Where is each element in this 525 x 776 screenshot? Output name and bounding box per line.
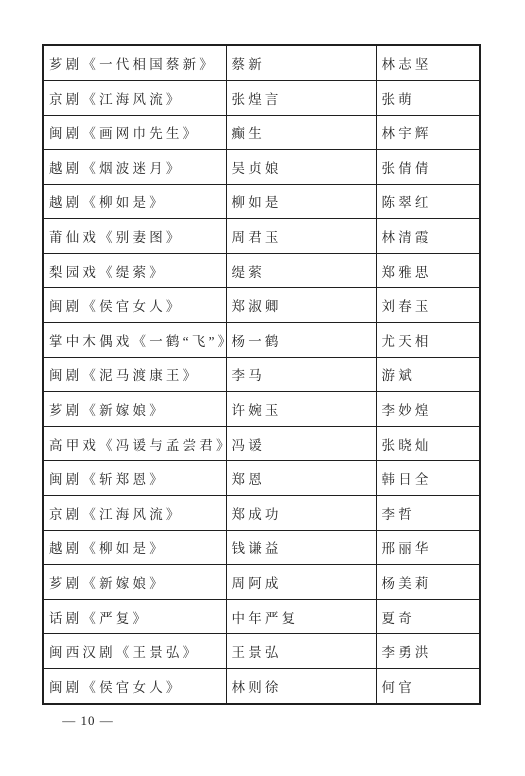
actor-cell: 游斌 [376, 357, 480, 392]
play-cell: 芗剧《新嫁娘》 [43, 565, 226, 600]
play-cell: 话剧《严复》 [43, 599, 226, 634]
table-row: 梨园戏《缇萦》缇萦郑雅思 [43, 253, 480, 288]
document-page: 芗剧《一代相国蔡新》蔡新林志坚京剧《江海风流》张煌言张萌闽剧《画网巾先生》癫生林… [0, 0, 525, 776]
play-cell: 高甲戏《冯谖与孟尝君》 [43, 426, 226, 461]
table-row: 话剧《严复》中年严复夏奇 [43, 599, 480, 634]
actor-cell: 李妙煌 [376, 392, 480, 427]
table-row: 闽剧《侯官女人》郑淑卿刘春玉 [43, 288, 480, 323]
play-cell: 闽剧《泥马渡康王》 [43, 357, 226, 392]
actor-cell: 尤天相 [376, 323, 480, 358]
actor-cell: 陈翠红 [376, 184, 480, 219]
play-cell: 掌中木偶戏《一鹤“飞”》 [43, 323, 226, 358]
actor-cell: 韩日全 [376, 461, 480, 496]
cast-table-body: 芗剧《一代相国蔡新》蔡新林志坚京剧《江海风流》张煌言张萌闽剧《画网巾先生》癫生林… [43, 45, 480, 704]
table-row: 闽西汉剧《王景弘》王景弘李勇洪 [43, 634, 480, 669]
page-number: — 10 — [56, 713, 120, 729]
play-cell: 闽剧《侯官女人》 [43, 669, 226, 705]
role-cell: 周君玉 [226, 219, 376, 254]
table-row: 越剧《柳如是》钱谦益邢丽华 [43, 530, 480, 565]
table-row: 京剧《江海风流》郑成功李哲 [43, 496, 480, 531]
role-cell: 郑成功 [226, 496, 376, 531]
table-row: 越剧《柳如是》柳如是陈翠红 [43, 184, 480, 219]
role-cell: 冯谖 [226, 426, 376, 461]
actor-cell: 郑雅思 [376, 253, 480, 288]
play-cell: 闽剧《画网巾先生》 [43, 115, 226, 150]
role-cell: 杨一鹤 [226, 323, 376, 358]
table-row: 越剧《烟波迷月》吴贞娘张倩倩 [43, 150, 480, 185]
actor-cell: 林宇辉 [376, 115, 480, 150]
role-cell: 柳如是 [226, 184, 376, 219]
table-row: 芗剧《一代相国蔡新》蔡新林志坚 [43, 45, 480, 80]
role-cell: 王景弘 [226, 634, 376, 669]
role-cell: 李马 [226, 357, 376, 392]
actor-cell: 林志坚 [376, 45, 480, 80]
role-cell: 张煌言 [226, 80, 376, 115]
actor-cell: 何官 [376, 669, 480, 705]
table-row: 芗剧《新嫁娘》周阿成杨美莉 [43, 565, 480, 600]
table-row: 闽剧《斩郑恩》郑恩韩日全 [43, 461, 480, 496]
role-cell: 癫生 [226, 115, 376, 150]
actor-cell: 张晓灿 [376, 426, 480, 461]
actor-cell: 李勇洪 [376, 634, 480, 669]
role-cell: 吴贞娘 [226, 150, 376, 185]
play-cell: 越剧《柳如是》 [43, 530, 226, 565]
play-cell: 京剧《江海风流》 [43, 80, 226, 115]
actor-cell: 张倩倩 [376, 150, 480, 185]
actor-cell: 邢丽华 [376, 530, 480, 565]
role-cell: 缇萦 [226, 253, 376, 288]
role-cell: 郑恩 [226, 461, 376, 496]
play-cell: 闽剧《侯官女人》 [43, 288, 226, 323]
table-row: 闽剧《泥马渡康王》李马游斌 [43, 357, 480, 392]
role-cell: 许婉玉 [226, 392, 376, 427]
play-cell: 梨园戏《缇萦》 [43, 253, 226, 288]
actor-cell: 李哲 [376, 496, 480, 531]
table-row: 芗剧《新嫁娘》许婉玉李妙煌 [43, 392, 480, 427]
role-cell: 郑淑卿 [226, 288, 376, 323]
role-cell: 林则徐 [226, 669, 376, 705]
role-cell: 蔡新 [226, 45, 376, 80]
table-row: 闽剧《画网巾先生》癫生林宇辉 [43, 115, 480, 150]
table-row: 闽剧《侯官女人》林则徐何官 [43, 669, 480, 705]
actor-cell: 杨美莉 [376, 565, 480, 600]
play-cell: 莆仙戏《别妻图》 [43, 219, 226, 254]
actor-cell: 张萌 [376, 80, 480, 115]
actor-cell: 夏奇 [376, 599, 480, 634]
cast-table: 芗剧《一代相国蔡新》蔡新林志坚京剧《江海风流》张煌言张萌闽剧《画网巾先生》癫生林… [42, 44, 481, 705]
role-cell: 周阿成 [226, 565, 376, 600]
role-cell: 钱谦益 [226, 530, 376, 565]
table-row: 掌中木偶戏《一鹤“飞”》杨一鹤尤天相 [43, 323, 480, 358]
play-cell: 越剧《烟波迷月》 [43, 150, 226, 185]
actor-cell: 刘春玉 [376, 288, 480, 323]
actor-cell: 林清霞 [376, 219, 480, 254]
play-cell: 越剧《柳如是》 [43, 184, 226, 219]
play-cell: 芗剧《新嫁娘》 [43, 392, 226, 427]
role-cell: 中年严复 [226, 599, 376, 634]
play-cell: 芗剧《一代相国蔡新》 [43, 45, 226, 80]
play-cell: 闽西汉剧《王景弘》 [43, 634, 226, 669]
play-cell: 闽剧《斩郑恩》 [43, 461, 226, 496]
table-row: 莆仙戏《别妻图》周君玉林清霞 [43, 219, 480, 254]
play-cell: 京剧《江海风流》 [43, 496, 226, 531]
table-row: 高甲戏《冯谖与孟尝君》冯谖张晓灿 [43, 426, 480, 461]
table-row: 京剧《江海风流》张煌言张萌 [43, 80, 480, 115]
